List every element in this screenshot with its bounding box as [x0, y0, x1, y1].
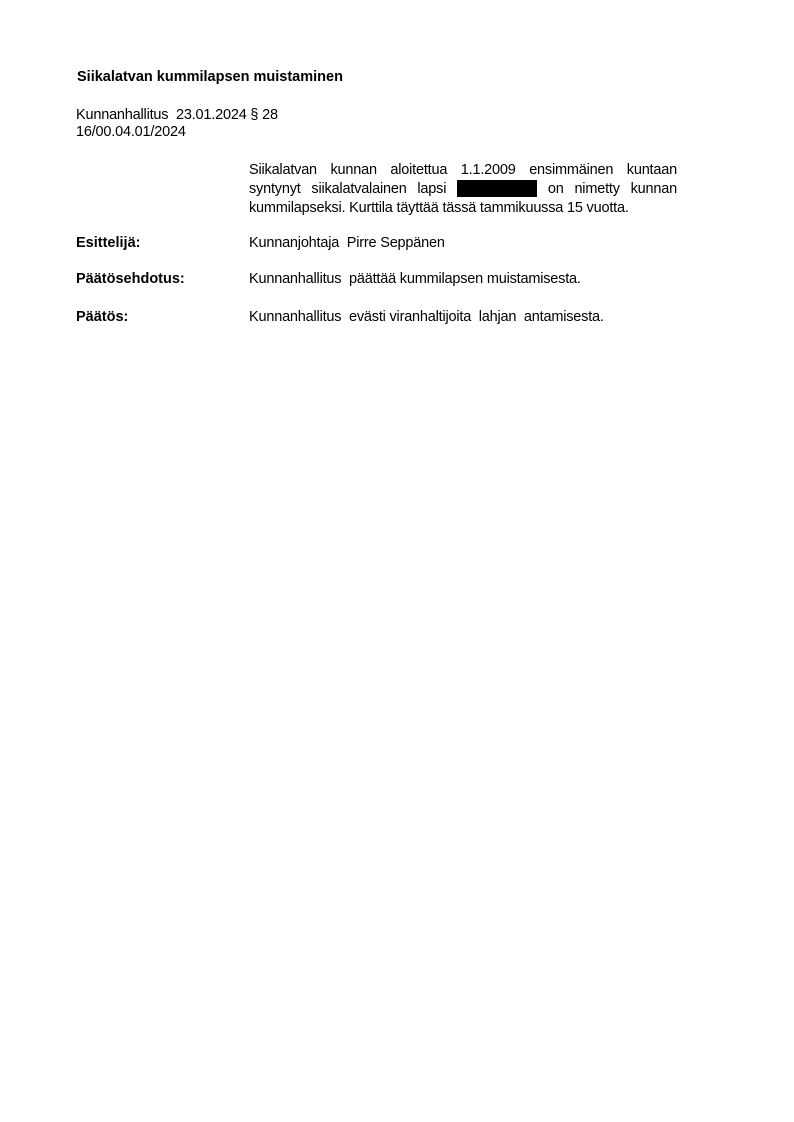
word: siikalatvalainen [311, 180, 406, 199]
word: kunnan [330, 161, 376, 180]
word: on [548, 180, 564, 199]
proposal-label: Päätösehdotus: [76, 271, 185, 287]
word: 1.1.2009 [461, 161, 516, 180]
proposal-value: Kunnanhallitus päättää kummilapsen muist… [249, 271, 581, 287]
description-line-1: Siikalatvan kunnan aloitettua 1.1.2009 e… [249, 161, 677, 180]
word: kuntaan [627, 161, 677, 180]
document-title: Siikalatvan kummilapsen muistaminen [77, 69, 343, 85]
description-paragraph: Siikalatvan kunnan aloitettua 1.1.2009 e… [249, 161, 677, 218]
description-line-3: kummilapseksi. Kurttila täyttää tässä ta… [249, 199, 677, 218]
document-page: Siikalatvan kummilapsen muistaminen Kunn… [0, 0, 794, 1122]
word: lapsi [417, 180, 446, 199]
word: aloitettua [390, 161, 447, 180]
record-number: 16/00.04.01/2024 [76, 124, 186, 140]
decision-label: Päätös: [76, 309, 128, 325]
presenter-label: Esittelijä: [76, 235, 140, 251]
decision-value: Kunnanhallitus evästi viranhaltijoita la… [249, 309, 604, 325]
redaction-block [457, 180, 537, 197]
word: Siikalatvan [249, 161, 317, 180]
presenter-value: Kunnanjohtaja Pirre Seppänen [249, 235, 445, 251]
word: kunnan [631, 180, 677, 199]
description-line-2: syntynyt siikalatvalainen lapsi on nimet… [249, 180, 677, 199]
word: nimetty [574, 180, 619, 199]
word: syntynyt [249, 180, 301, 199]
word: ensimmäinen [529, 161, 613, 180]
meeting-line: Kunnanhallitus 23.01.2024 § 28 [76, 107, 278, 123]
